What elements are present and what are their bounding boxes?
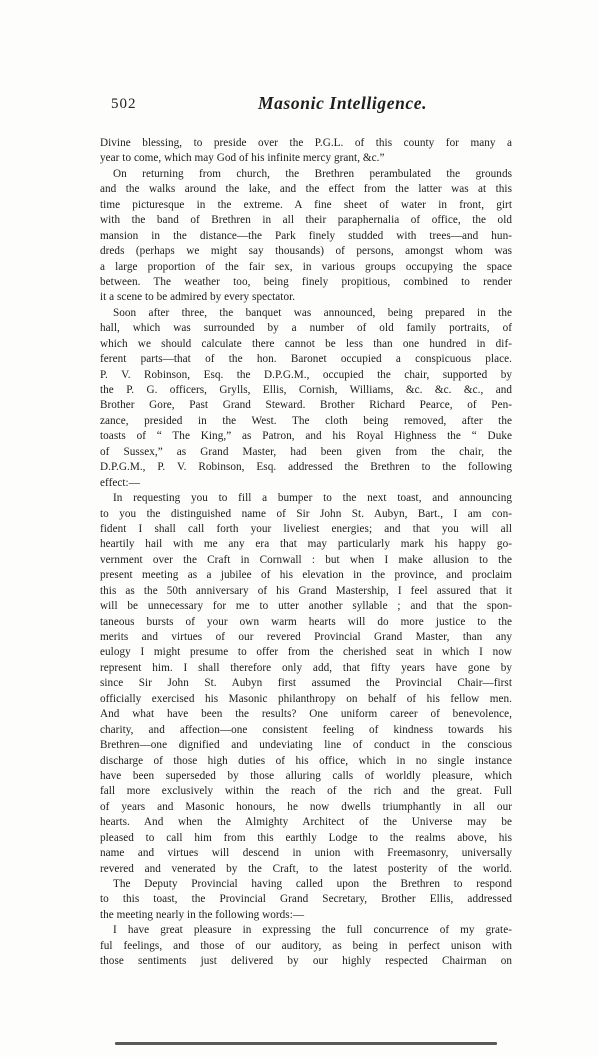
text-line: with the band of Brethren in all their p… (100, 213, 512, 228)
text-line: to you the distinguished name of Sir Joh… (100, 507, 512, 522)
text-line: pleased to call him from this earthly Lo… (100, 831, 512, 846)
text-line: heartily hail with me any era that may p… (100, 537, 512, 552)
text-line: D.P.G.M., P. V. Robinson, Esq. addressed… (100, 460, 512, 475)
text-line: which we should calculate there cannot b… (100, 337, 512, 352)
text-line: vernment over the Craft in Cornwall : bu… (100, 553, 512, 568)
text-line: taneous bursts of your own warm hearts w… (100, 615, 512, 630)
text-line: year to come, which may God of his infin… (100, 151, 512, 166)
text-line: the meeting nearly in the following word… (100, 908, 512, 923)
text-line: dreds (perhaps we might say thousands) o… (100, 244, 512, 259)
text-line: of Sussex,” as Grand Master, had been gi… (100, 445, 512, 460)
text-line: between. The weather too, being finely p… (100, 275, 512, 290)
text-line: it a scene to be admired by every specta… (100, 290, 512, 305)
text-line: and the walks around the lake, and the e… (100, 182, 512, 197)
page-header: 502 Masonic Intelligence. (0, 93, 598, 117)
paragraph: Divine blessing, to preside over the P.G… (100, 136, 512, 167)
text-line: And what have been the results? One unif… (100, 707, 512, 722)
page-number: 502 (111, 96, 137, 113)
text-line: time picturesque in the extreme. A fine … (100, 198, 512, 213)
text-line: to this toast, the Provincial Grand Secr… (100, 892, 512, 907)
text-line: will be unnecessary for me to utter anot… (100, 599, 512, 614)
text-line: zance, presided in the West. The cloth b… (100, 414, 512, 429)
text-line: ful feelings, and those of our auditory,… (100, 939, 512, 954)
text-line: ferent parts—that of the hon. Baronet oc… (100, 352, 512, 367)
text-line: represent him. I shall therefore only ad… (100, 661, 512, 676)
text-line: revered and venerated by the Craft, to t… (100, 862, 512, 877)
text-line: those sentiments just delivered by our h… (100, 954, 512, 969)
text-line: officially exercised his Masonic philant… (100, 692, 512, 707)
text-line: have been superseded by those alluring c… (100, 769, 512, 784)
text-line: toasts of “ The King,” as Patron, and hi… (100, 429, 512, 444)
text-line: fall more exclusively within the reach o… (100, 784, 512, 799)
text-line: name and virtues will descend in union w… (100, 846, 512, 861)
text-line: hearts. And when the Almighty Architect … (100, 815, 512, 830)
text-line: merits and virtues of our revered Provin… (100, 630, 512, 645)
scan-artifact-rule (115, 1042, 497, 1045)
paragraph: Soon after three, the banquet was announ… (100, 306, 512, 491)
text-line: of years and Masonic honours, he now dwe… (100, 800, 512, 815)
text-line: Brethren—one dignified and undeviating l… (100, 738, 512, 753)
text-line: charity, and affection—one consistent fe… (100, 723, 512, 738)
text-line: In requesting you to fill a bumper to th… (100, 491, 512, 506)
text-line: Soon after three, the banquet was announ… (100, 306, 512, 321)
text-line: hall, which was surrounded by a number o… (100, 321, 512, 336)
text-line: Divine blessing, to preside over the P.G… (100, 136, 512, 151)
text-line: On returning from church, the Brethren p… (100, 167, 512, 182)
running-title: Masonic Intelligence. (258, 93, 427, 114)
page-body: Divine blessing, to preside over the P.G… (100, 136, 512, 970)
paragraph: I have great pleasure in expressing the … (100, 923, 512, 969)
scanned-page: 502 Masonic Intelligence. Divine blessin… (0, 0, 598, 1057)
text-line: The Deputy Provincial having called upon… (100, 877, 512, 892)
text-line: discharge of those high duties of his of… (100, 754, 512, 769)
paragraph: The Deputy Provincial having called upon… (100, 877, 512, 923)
text-line: present meeting as a jubilee of his elev… (100, 568, 512, 583)
paragraph: In requesting you to fill a bumper to th… (100, 491, 512, 877)
text-line: mansion in the distance—the Park finely … (100, 229, 512, 244)
text-line: effect:— (100, 476, 512, 491)
text-line: this as the 50th anniversary of his Gran… (100, 584, 512, 599)
text-line: fident I shall call forth your liveliest… (100, 522, 512, 537)
text-line: I have great pleasure in expressing the … (100, 923, 512, 938)
text-line: the P. G. officers, Grylls, Ellis, Corni… (100, 383, 512, 398)
text-line: eulogy I might presume to offer from the… (100, 645, 512, 660)
paragraph: On returning from church, the Brethren p… (100, 167, 512, 306)
text-line: Brother Gore, Past Grand Steward. Brothe… (100, 398, 512, 413)
text-line: P. V. Robinson, Esq. the D.P.G.M., occup… (100, 368, 512, 383)
text-line: since Sir John St. Aubyn first assumed t… (100, 676, 512, 691)
text-line: a large proportion of the fair sex, in v… (100, 260, 512, 275)
